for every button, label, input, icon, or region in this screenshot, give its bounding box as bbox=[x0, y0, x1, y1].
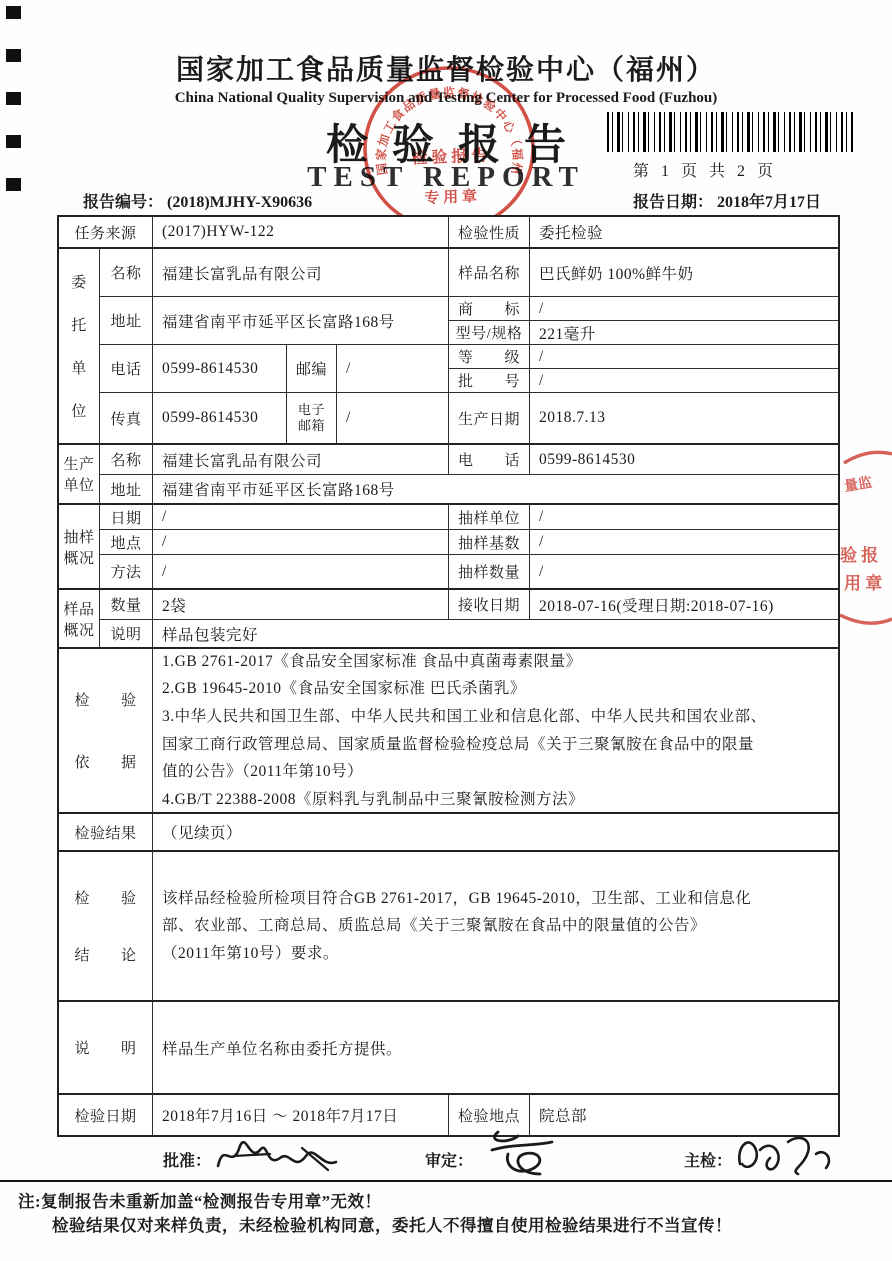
postcode-label: 邮编 bbox=[287, 345, 337, 393]
review-signature bbox=[468, 1124, 578, 1182]
test-date-label: 检验日期 bbox=[59, 1095, 153, 1135]
client-addr-label: 地址 bbox=[100, 297, 153, 345]
chief-signature bbox=[726, 1124, 846, 1182]
client-phone-value: 0599-8614530 bbox=[153, 345, 287, 393]
model-value: 221毫升 bbox=[530, 321, 838, 345]
trademark-value: / bbox=[530, 297, 838, 321]
sampling-unit-value: / bbox=[530, 505, 838, 530]
approve-label: 批准： bbox=[163, 1148, 211, 1171]
producer-phone-label: 电 话 bbox=[449, 445, 530, 475]
remark-value: 样品生产单位名称由委托方提供。 bbox=[153, 1002, 838, 1095]
footer-divider bbox=[0, 1180, 892, 1182]
prod-date-value: 2018.7.13 bbox=[530, 393, 838, 445]
sampling-base-label: 抽样基数 bbox=[449, 530, 530, 555]
seal-line2: 专 用 章 bbox=[424, 187, 477, 207]
sampling-method-label: 方法 bbox=[100, 555, 153, 590]
sampling-method-value: / bbox=[153, 555, 449, 590]
basis-label-line1: 检 验 bbox=[74, 689, 136, 710]
email-value: / bbox=[337, 393, 449, 445]
partial-seal-frag2: 验 报 bbox=[840, 545, 878, 565]
review-label: 审定： bbox=[425, 1148, 473, 1171]
sampling-date-value: / bbox=[153, 505, 449, 530]
conclusion-content: 该样品经检验所检项目符合GB 2761-2017，GB 19645-2010，卫… bbox=[153, 852, 838, 1002]
fax-value: 0599-8614530 bbox=[153, 393, 287, 445]
partial-seal-frag1: 量监 bbox=[843, 474, 873, 495]
task-source-label: 任务来源 bbox=[59, 217, 153, 249]
page-number: 第 1 页 共 2 页 bbox=[633, 158, 777, 181]
trademark-label: 商 标 bbox=[449, 297, 530, 321]
sampling-base-value: / bbox=[530, 530, 838, 555]
sample-qty-label: 数量 bbox=[100, 590, 153, 620]
producer-phone-value: 0599-8614530 bbox=[530, 445, 838, 475]
conclusion-label-line2: 结 论 bbox=[74, 944, 136, 965]
producer-name-value: 福建长富乳品有限公司 bbox=[153, 445, 449, 475]
sample-name-value: 巴氏鲜奶 100%鲜牛奶 bbox=[530, 249, 838, 297]
partial-seal-frag3: 用 章 bbox=[844, 573, 882, 593]
sample-qty-value: 2袋 bbox=[153, 590, 449, 620]
conclusion-label-line1: 检 验 bbox=[74, 887, 136, 908]
producer-group-label: 生产 单位 bbox=[59, 445, 100, 505]
receive-date-value: 2018-07-16(受理日期:2018-07-16) bbox=[530, 590, 838, 620]
sampling-unit-label: 抽样单位 bbox=[449, 505, 530, 530]
basis-content: 1.GB 2761-2017《食品安全国家标准 食品中真菌毒素限量》 2.GB … bbox=[153, 649, 838, 814]
client-addr-value: 福建省南平市延平区长富路168号 bbox=[153, 297, 449, 345]
sampling-date-label: 日期 bbox=[100, 505, 153, 530]
grade-label: 等 级 bbox=[449, 345, 530, 369]
producer-name-label: 名称 bbox=[100, 445, 153, 475]
prod-date-label: 生产日期 bbox=[449, 393, 530, 445]
producer-addr-label: 地址 bbox=[100, 475, 153, 505]
client-name-value: 福建长富乳品有限公司 bbox=[153, 249, 449, 297]
sample-desc-value: 样品包装完好 bbox=[153, 620, 838, 649]
sampling-qty-label: 抽样数量 bbox=[449, 555, 530, 590]
sampling-qty-value: / bbox=[530, 555, 838, 590]
postcode-value: / bbox=[337, 345, 449, 393]
barcode bbox=[607, 112, 853, 152]
remark-label: 说 明 bbox=[59, 1002, 153, 1095]
client-group-label: 委托单位 bbox=[59, 249, 100, 445]
registration-mark bbox=[6, 6, 21, 19]
email-label: 电子 邮箱 bbox=[287, 393, 337, 445]
sampling-place-value: / bbox=[153, 530, 449, 555]
sample-desc-label: 说明 bbox=[100, 620, 153, 649]
basis-label: 检 验 依 据 bbox=[59, 649, 153, 814]
footer-note-1: 注:复制报告未重新加盖“检测报告专用章”无效！ bbox=[18, 1188, 382, 1212]
test-nature-label: 检验性质 bbox=[449, 217, 530, 249]
receive-date-label: 接收日期 bbox=[449, 590, 530, 620]
sampling-place-label: 地点 bbox=[100, 530, 153, 555]
model-label: 型号/规格 bbox=[449, 321, 530, 345]
client-name-label: 名称 bbox=[100, 249, 153, 297]
result-value: （见续页） bbox=[153, 814, 838, 852]
batch-value: / bbox=[530, 369, 838, 393]
report-number: 报告编号： (2018)MJHY-X90636 bbox=[83, 189, 312, 212]
approve-signature bbox=[210, 1128, 345, 1183]
batch-label: 批 号 bbox=[449, 369, 530, 393]
sample-name-label: 样品名称 bbox=[449, 249, 530, 297]
test-report-page: 国家加工食品质量监督检验中心（福州） China National Qualit… bbox=[0, 0, 892, 1261]
official-seal-stamp: 国家加工食品质量监督检验中心（福州） 检 验 报 告 专 用 章 bbox=[355, 59, 543, 239]
task-source-value: (2017)HYW-122 bbox=[153, 217, 449, 249]
test-nature-value: 委托检验 bbox=[530, 217, 838, 249]
sampling-group-label: 抽样 概况 bbox=[59, 505, 100, 590]
fax-label: 传真 bbox=[100, 393, 153, 445]
partial-seal-stamp: 量监 验 报 用 章 bbox=[838, 443, 892, 628]
footer-note-2: 检验结果仅对来样负责，未经检验机构同意，委托人不得擅自使用检验结果进行不当宣传！ bbox=[52, 1212, 732, 1236]
seal-line1: 检 验 报 告 bbox=[411, 146, 488, 168]
result-label: 检验结果 bbox=[59, 814, 153, 852]
conclusion-label: 检 验 结 论 bbox=[59, 852, 153, 1002]
basis-label-line2: 依 据 bbox=[74, 751, 136, 772]
producer-addr-value: 福建省南平市延平区长富路168号 bbox=[153, 475, 838, 505]
report-table: 任务来源 (2017)HYW-122 检验性质 委托检验 委托单位 名称 福建长… bbox=[57, 215, 840, 1137]
sample-group-label: 样品 概况 bbox=[59, 590, 100, 649]
chief-label: 主检： bbox=[684, 1148, 732, 1171]
client-phone-label: 电话 bbox=[100, 345, 153, 393]
report-date: 报告日期： 2018年7月17日 bbox=[633, 189, 821, 212]
grade-value: / bbox=[530, 345, 838, 369]
